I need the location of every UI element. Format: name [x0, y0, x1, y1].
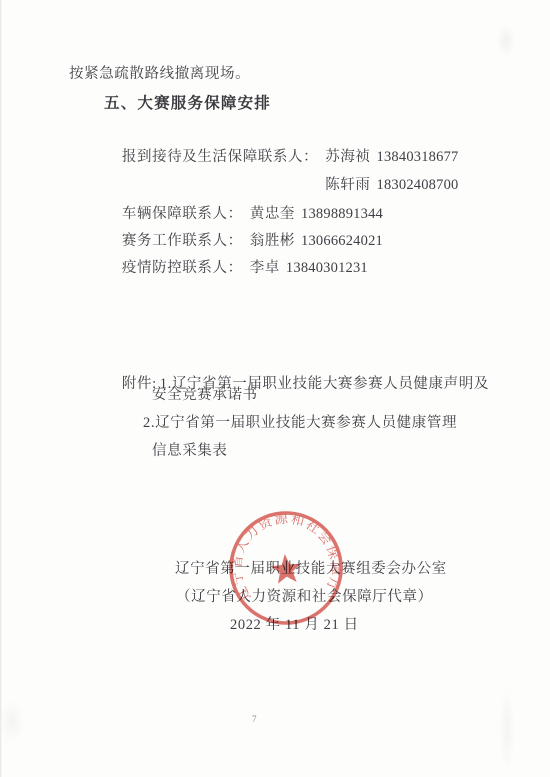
contact-line: 疫情防控联系人：李卓13840301231 [105, 243, 368, 293]
contact-name: 李卓 [250, 260, 280, 276]
attachment-line-4: 信息采集表 [152, 443, 228, 460]
section-heading: 五、大赛服务保障安排 [104, 95, 271, 113]
scan-edge-artifact [0, 0, 2, 777]
contact-label: 疫情防控联系人： [122, 260, 243, 276]
attachment-line-3: 2.辽宁省第一届职业技能大赛参赛人员健康管理 [143, 415, 457, 432]
attachment-line-2: 安全竞赛承诺书 [152, 387, 258, 404]
page-number: 7 [252, 714, 257, 724]
document-page: 按紧急疏散路线撤离现场。 五、大赛服务保障安排 报到接待及生活保障联系人：苏海祯… [0, 0, 550, 777]
scan-smudge-artifact [499, 688, 515, 772]
contact-phone: 13840301231 [286, 260, 368, 276]
seal-star-icon [270, 553, 303, 584]
official-seal: 辽宁省人力资源和社会保障厅 [220, 502, 352, 634]
contact-phone: 18302408700 [377, 177, 459, 193]
paragraph-evacuation-line: 按紧急疏散路线撤离现场。 [69, 66, 250, 83]
scan-smudge-artifact [0, 700, 24, 744]
scan-smudge-artifact [497, 25, 515, 57]
